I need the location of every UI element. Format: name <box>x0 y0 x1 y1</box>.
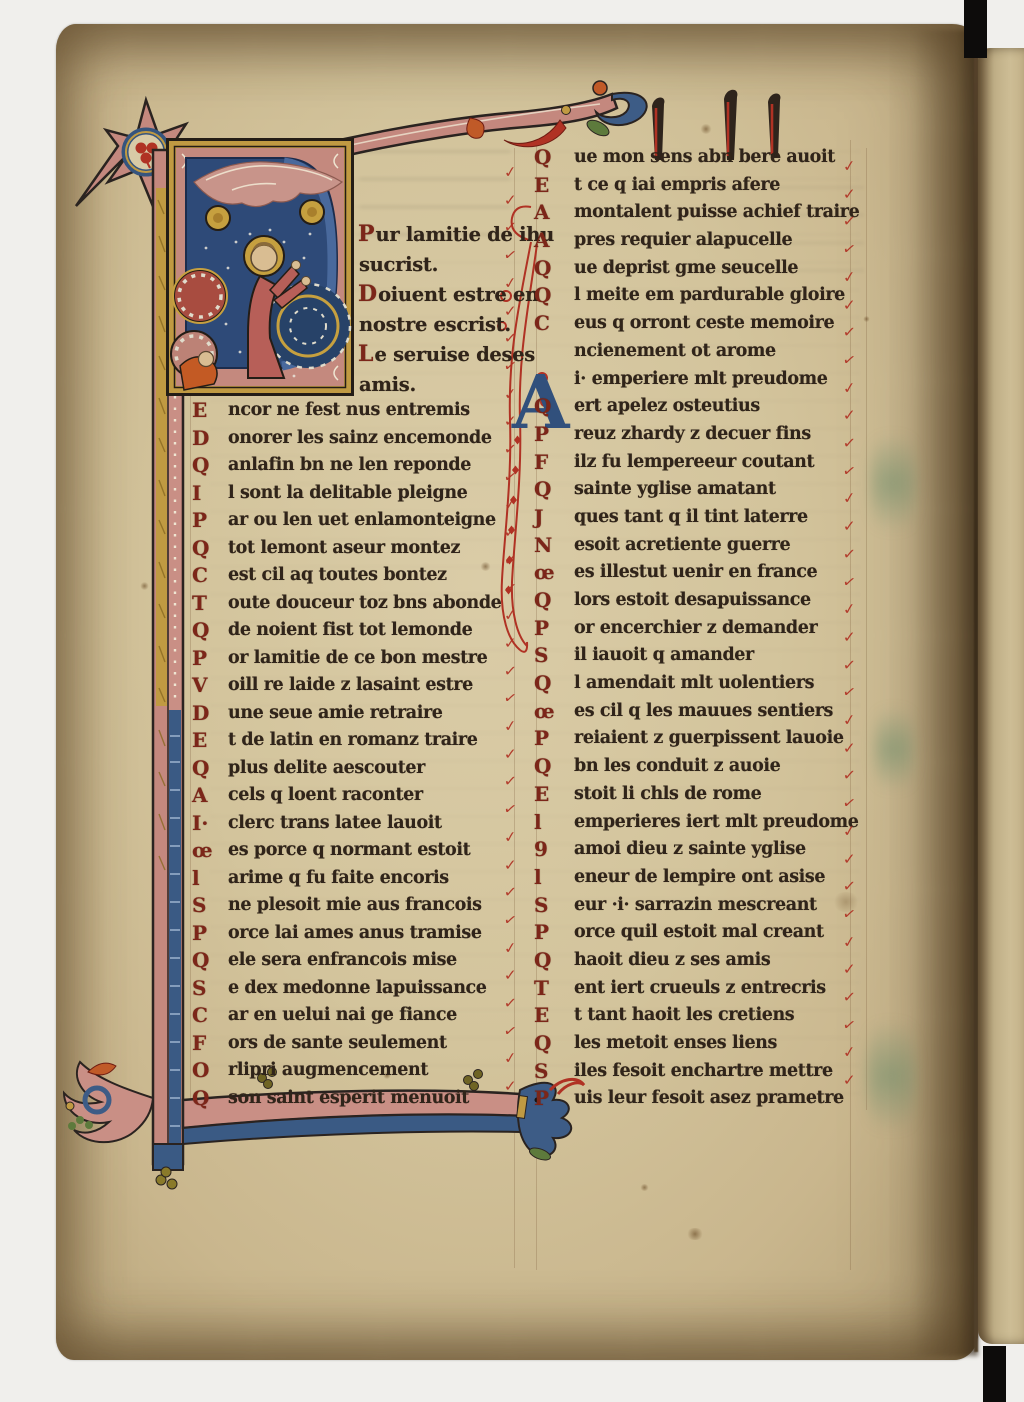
checkmark: ✓ <box>842 323 856 342</box>
verse-text: e dex medonne lapuissance <box>228 977 487 998</box>
verse-line: P reiaient z guerpissent lauoie <box>534 727 868 755</box>
green-offset-stain <box>874 692 914 806</box>
manuscript-photograph: A P ur lamitie de ihu sucrist. D oiuent … <box>0 0 1024 1402</box>
checkmark: ✓ <box>502 384 518 404</box>
versal-initial: F <box>534 451 574 472</box>
verse-line: P or encerchier z demander <box>534 617 868 645</box>
verse-text: or encerchier z demander <box>574 617 817 638</box>
verse-line: E stoit li chls de rome <box>534 783 868 811</box>
checkmark: ✓ <box>502 938 518 958</box>
verse-text: anlafin bn ne len reponde <box>228 454 471 475</box>
verse-line: C ar en uelui nai ge fiance <box>192 1004 524 1032</box>
checkmark: ✓ <box>503 855 517 873</box>
verse-line: S ne plesoit mie aus francois <box>192 894 524 922</box>
verse-text: l sont la delitable pleigne <box>228 482 467 503</box>
versal-initial: C <box>534 312 574 333</box>
verse-text: t ce q iai empris afere <box>574 174 780 195</box>
checkmark: ✓ <box>842 1071 856 1089</box>
verse-text: t tant haoit les cretiens <box>574 1004 794 1025</box>
text-column-left: E ncor ne fest nus entremis D onorer les… <box>192 399 524 1114</box>
versal-initial: œ <box>192 839 228 860</box>
verse-text: haoit dieu z ses amis <box>574 949 770 970</box>
brown-spot <box>686 1228 704 1240</box>
versal-initial: E <box>534 1004 574 1025</box>
verse-text: ele sera enfrancois mise <box>228 949 457 970</box>
checkmark: ✓ <box>842 295 856 313</box>
versal-initial: Q <box>534 284 574 305</box>
verse-text: rlipri augmencement <box>228 1059 428 1080</box>
versal-initial: S <box>534 644 574 665</box>
checkmark: ✓ <box>842 212 856 231</box>
verse-line: Q les metoit enses liens <box>534 1032 868 1060</box>
verse-line: œ es illestut uenir en france <box>534 561 868 589</box>
verse-text: il iauoit q amander <box>574 644 754 665</box>
versal-initial: O <box>192 1059 228 1080</box>
verse-text: iles fesoit enchartre mettre <box>574 1060 833 1081</box>
versal-initial: D <box>192 427 228 448</box>
verse-line: I l sont la delitable pleigne <box>192 482 524 510</box>
versal-initial: P <box>358 222 375 245</box>
versal-initial: Q <box>534 1032 574 1053</box>
verse-line: Q ele sera enfrancois mise <box>192 949 524 977</box>
verse-line: E t ce q iai empris afere <box>534 174 868 202</box>
checkmark: ✓ <box>503 772 517 791</box>
verse-line: A pres requier alapucelle <box>534 229 868 257</box>
verse-text: plus delite aescouter <box>228 757 425 778</box>
green-offset-stain <box>870 416 916 550</box>
verse-text: reiaient z guerpissent lauoie <box>574 727 844 748</box>
checkmark: ✓ <box>502 716 518 736</box>
verse-text: es porce q normant estoit <box>228 839 470 860</box>
versal-initial: J <box>534 506 574 527</box>
verse-text: bn les conduit z auoie <box>574 755 780 776</box>
verse-line: Q haoit dieu z ses amis <box>534 949 868 977</box>
verse-text: sucrist. <box>359 252 438 275</box>
versal-initial: P <box>192 647 228 668</box>
checkmark: ✓ <box>502 1049 518 1069</box>
verse-line: nostre escrist. <box>358 312 554 342</box>
verse-text: sainte yglise amatant <box>574 478 776 499</box>
checkmark: ✓ <box>502 273 518 293</box>
checkmark: ✓ <box>503 218 517 237</box>
checkmark: ✓ <box>503 523 517 541</box>
verse-line: S il iauoit q amander <box>534 644 868 672</box>
opening-rubric-block: P ur lamitie de ihu sucrist. D oiuent es… <box>358 222 554 402</box>
verse-line: E ncor ne fest nus entremis <box>192 399 524 427</box>
text-column-right: Q ue mon sens abn bere auoit E t ce q ia… <box>534 146 868 1115</box>
checkmark: ✓ <box>503 744 517 762</box>
verse-text: ne plesoit mie aus francois <box>228 894 482 915</box>
verse-line: C est cil aq toutes bontez <box>192 564 524 592</box>
verse-text: ilz fu lempereeur coutant <box>574 451 814 472</box>
verse-line: amis. <box>358 372 554 402</box>
verse-text: clerc trans latee lauoit <box>228 812 442 833</box>
checkmark: ✓ <box>503 966 517 984</box>
versal-initial: Q <box>534 755 574 776</box>
checkmark: ✓ <box>842 184 856 202</box>
checkmark: ✓ <box>842 517 856 535</box>
verse-text: de noient fist tot lemonde <box>228 619 472 640</box>
verse-line: l eneur de lempire ont asise <box>534 866 868 894</box>
checkmark: ✓ <box>842 960 856 978</box>
verse-text: montalent puisse achief traire <box>574 201 859 222</box>
checkmark: ✓ <box>842 628 856 646</box>
versal-initial: Q <box>534 672 574 693</box>
checkmark: ✓ <box>841 821 857 841</box>
brown-spot <box>140 582 149 590</box>
verse-line: Q ue mon sens abn bere auoit <box>534 146 868 174</box>
versal-initial: F <box>192 1032 228 1053</box>
versal-initial: E <box>192 729 228 750</box>
verse-line: P or lamitie de ce bon mestre <box>192 647 524 675</box>
verse-line: I· clerc trans latee lauoit <box>192 812 524 840</box>
verse-line: Q sainte yglise amatant <box>534 478 868 506</box>
verse-line: P reuz zhardy z decuer fins <box>534 423 868 451</box>
verse-line: l emperieres iert mlt preudome <box>534 811 868 839</box>
versal-initial: Q <box>534 146 574 167</box>
versal-initial: N <box>534 534 574 555</box>
verse-text: eur ·i· sarrazin mescreant <box>574 894 817 915</box>
binding-tape-bottom <box>983 1346 1006 1402</box>
verse-line: Q ert apelez osteutius <box>534 395 868 423</box>
verse-text: arime q fu faite encoris <box>228 867 449 888</box>
checkmark: ✓ <box>842 406 856 424</box>
verse-line: L e seruise deses <box>358 342 554 372</box>
checkmark: ✓ <box>841 489 857 509</box>
verse-text: les metoit enses liens <box>574 1032 777 1053</box>
versal-initial: A <box>192 784 228 805</box>
versal-initial: Q <box>192 1087 228 1108</box>
verse-line: Q bn les conduit z auoie <box>534 755 868 783</box>
versal-initial: C <box>192 564 228 585</box>
verse-line: E t de latin en romanz traire <box>192 729 524 757</box>
versal-initial: œ <box>534 700 574 721</box>
versal-initial: C <box>192 1004 228 1025</box>
checkmark: ✓ <box>503 301 517 319</box>
versal-initial: V <box>192 674 228 695</box>
checkmark: ✓ <box>503 883 517 902</box>
verse-line: Q son saint esperit menuoit <box>192 1087 524 1115</box>
versal-initial: Q <box>192 537 228 558</box>
verse-text: or lamitie de ce bon mestre <box>228 647 487 668</box>
versal-initial: Q <box>192 757 228 778</box>
verse-text: ert apelez osteutius <box>574 395 760 416</box>
checkmark: ✓ <box>503 661 517 680</box>
versal-initial: S <box>192 894 228 915</box>
checkmark: ✓ <box>842 988 856 1007</box>
verse-line: Q lors estoit desapuissance <box>534 589 868 617</box>
verse-text: esoit acretiente guerre <box>574 534 790 555</box>
versal-initial: P <box>534 727 574 748</box>
versal-initial: l <box>534 866 574 887</box>
verse-line: ncienement ot arome <box>534 340 868 368</box>
verse-text: amoi dieu z sainte yglise <box>574 838 806 859</box>
versal-initial: E <box>534 174 574 195</box>
verse-text: uis leur fesoit asez prametre <box>574 1087 844 1108</box>
versal-initial: Q <box>192 949 228 970</box>
verse-line: F ilz fu lempereeur coutant <box>534 451 868 479</box>
checkmark: ✓ <box>842 738 856 756</box>
versal-initial: D <box>358 282 377 305</box>
ruling-line <box>190 395 191 1110</box>
verse-line: Q ue deprist gme seucelle <box>534 257 868 285</box>
verse-line: T oute douceur toz bns abonde <box>192 592 524 620</box>
verse-text: eus q orront ceste memoire <box>574 312 834 333</box>
verse-text: ur lamitie de ihu <box>376 222 554 245</box>
verse-text: l meite em pardurable gloire <box>574 284 845 305</box>
checkmark: ✓ <box>503 634 517 652</box>
checkmark: ✓ <box>503 190 517 208</box>
verse-line: S eur ·i· sarrazin mescreant <box>534 894 868 922</box>
verse-text: ar ou len uet enlamonteigne <box>228 509 496 530</box>
verse-line: E t tant haoit les cretiens <box>534 1004 868 1032</box>
verse-text: amis. <box>359 372 416 395</box>
versal-initial: Q <box>534 949 574 970</box>
versal-initial: Q <box>534 478 574 499</box>
verse-line: œ es cil q les mauues sentiers <box>534 700 868 728</box>
checkmark: ✓ <box>502 495 518 515</box>
checkmark: ✓ <box>842 434 856 453</box>
versal-initial: S <box>534 1060 574 1081</box>
verse-line: V oill re laide z lasaint estre <box>192 674 524 702</box>
checkmark: ✓ <box>842 849 856 867</box>
verse-text: son saint esperit menuoit <box>228 1087 469 1108</box>
verse-line: O rlipri augmencement <box>192 1059 524 1087</box>
checkmark: ✓ <box>502 827 518 847</box>
verse-line: J ques tant q il tint laterre <box>534 506 868 534</box>
versal-initial: P <box>192 922 228 943</box>
verse-text: nostre escrist. <box>359 312 511 335</box>
verse-line: Q l amendait mlt uolentiers <box>534 672 868 700</box>
verse-line: P uis leur fesoit asez prametre <box>534 1087 868 1115</box>
verse-line: F ors de sante seulement <box>192 1032 524 1060</box>
checkmark: ✓ <box>841 267 857 287</box>
binding-tape-top <box>964 0 987 58</box>
page-gutter-shadow <box>912 30 978 1356</box>
verse-text: es cil q les mauues sentiers <box>574 700 833 721</box>
verse-line: œ es porce q normant estoit <box>192 839 524 867</box>
checkmark: ✓ <box>503 329 517 348</box>
verse-text: une seue amie retraire <box>228 702 443 723</box>
verse-text: ncienement ot arome <box>574 340 776 361</box>
verse-text: es illestut uenir en france <box>574 561 817 582</box>
versal-initial: A <box>534 201 574 222</box>
verse-text: pres requier alapucelle <box>574 229 792 250</box>
verse-text: orce quil estoit mal creant <box>574 921 824 942</box>
verse-line: Q tot lemont aseur montez <box>192 537 524 565</box>
versal-initial: E <box>534 783 574 804</box>
checkmark: ✓ <box>841 156 857 176</box>
verse-line: S e dex medonne lapuissance <box>192 977 524 1005</box>
versal-initial: P <box>534 921 574 942</box>
verse-line: P ur lamitie de ihu <box>358 222 554 252</box>
checkmark: ✓ <box>842 544 856 563</box>
verse-text: oute douceur toz bns abonde <box>228 592 501 613</box>
versal-initial: P <box>534 423 574 444</box>
verse-line: A montalent puisse achief traire <box>534 201 868 229</box>
verse-line: C eus q orront ceste memoire <box>534 312 868 340</box>
versal-initial: œ <box>534 561 574 582</box>
versal-initial: I <box>192 482 228 503</box>
checkmark: ✓ <box>503 440 517 459</box>
verse-line: P orce quil estoit mal creant <box>534 921 868 949</box>
versal-initial: l <box>534 811 574 832</box>
versal-initial: I· <box>192 812 228 833</box>
verse-text: stoit li chls de rome <box>574 783 761 804</box>
verse-text: ent iert crueuls z entrecris <box>574 977 826 998</box>
versal-initial: L <box>358 342 373 365</box>
brown-spot <box>700 124 712 134</box>
brown-spot <box>640 1184 649 1191</box>
verse-line: sucrist. <box>358 252 554 282</box>
verse-line: P orce lai ames anus tramise <box>192 922 524 950</box>
verse-text: i· emperiere mlt preudome <box>574 368 828 389</box>
checkmark: ✓ <box>503 994 517 1013</box>
verse-text: onorer les sainz encemonde <box>228 427 492 448</box>
checkmark: ✓ <box>503 550 517 569</box>
verse-line: Q l meite em pardurable gloire <box>534 284 868 312</box>
versal-initial: E <box>192 399 228 420</box>
checkmark: ✓ <box>842 655 856 674</box>
versal-initial: Q <box>192 619 228 640</box>
checkmark: ✓ <box>842 766 856 785</box>
versal-initial: 9 <box>534 838 574 859</box>
facing-page-edge <box>978 48 1024 1344</box>
checkmark: ✓ <box>841 378 857 398</box>
versal-initial: A <box>534 229 574 250</box>
versal-initial: Q <box>534 257 574 278</box>
verse-text: t de latin en romanz traire <box>228 729 477 750</box>
verse-text: emperieres iert mlt preudome <box>574 811 859 832</box>
checkmark: ✓ <box>841 710 857 730</box>
verse-line: N esoit acretiente guerre <box>534 534 868 562</box>
verse-text: eneur de lempire ont asise <box>574 866 825 887</box>
verse-text: ue mon sens abn bere auoit <box>574 146 835 167</box>
versal-initial: T <box>534 977 574 998</box>
verse-line: Q de noient fist tot lemonde <box>192 619 524 647</box>
checkmark: ✓ <box>841 932 857 952</box>
verse-text: cels q loent raconter <box>228 784 423 805</box>
verse-text: ors de sante seulement <box>228 1032 447 1053</box>
verse-line: Q anlafin bn ne len reponde <box>192 454 524 482</box>
verse-line: Q plus delite aescouter <box>192 757 524 785</box>
verse-text: l amendait mlt uolentiers <box>574 672 814 693</box>
verse-text: ncor ne fest nus entremis <box>228 399 470 420</box>
verse-text: est cil aq toutes bontez <box>228 564 447 585</box>
versal-initial: Q <box>534 395 574 416</box>
checkmark: ✓ <box>502 162 518 182</box>
verse-text: ques tant q il tint laterre <box>574 506 808 527</box>
verse-line: T ent iert crueuls z entrecris <box>534 977 868 1005</box>
green-offset-stain <box>866 1000 916 1152</box>
verse-line: l arime q fu faite encoris <box>192 867 524 895</box>
checkmark: ✓ <box>503 412 517 430</box>
versal-initial <box>534 368 574 369</box>
verse-line: A cels q loent raconter <box>192 784 524 812</box>
verse-line: 9 amoi dieu z sainte yglise <box>534 838 868 866</box>
checkmark: ✓ <box>503 1077 517 1095</box>
versal-initial: T <box>192 592 228 613</box>
checkmark: ✓ <box>842 877 856 896</box>
verse-line: P ar ou len uet enlamonteigne <box>192 509 524 537</box>
versal-initial: S <box>534 894 574 915</box>
verse-text: lors estoit desapuissance <box>574 589 811 610</box>
versal-initial: S <box>192 977 228 998</box>
versal-initial: l <box>192 867 228 888</box>
versal-initial: Q <box>534 589 574 610</box>
verse-line: D onorer les sainz encemonde <box>192 427 524 455</box>
checkmark: ✓ <box>502 605 518 625</box>
verse-text: orce lai ames anus tramise <box>228 922 482 943</box>
verse-line: D oiuent estre en <box>358 282 554 312</box>
versal-initial: P <box>534 617 574 638</box>
versal-initial: D <box>192 702 228 723</box>
checkmark: ✓ <box>841 599 857 619</box>
verse-line: i· emperiere mlt preudome <box>534 368 868 396</box>
checkmark: ✓ <box>841 1043 857 1063</box>
verse-text: oill re laide z lasaint estre <box>228 674 473 695</box>
versal-initial: P <box>534 1087 574 1108</box>
versal-initial <box>534 340 574 341</box>
verse-text: reuz zhardy z decuer fins <box>574 423 811 444</box>
versal-initial: Q <box>192 454 228 475</box>
versal-initial: P <box>192 509 228 530</box>
verse-text: tot lemont aseur montez <box>228 537 460 558</box>
verse-line: D une seue amie retraire <box>192 702 524 730</box>
verse-text: ue deprist gme seucelle <box>574 257 798 278</box>
verse-line: S iles fesoit enchartre mettre <box>534 1060 868 1088</box>
verse-text: ar en uelui nai ge fiance <box>228 1004 457 1025</box>
